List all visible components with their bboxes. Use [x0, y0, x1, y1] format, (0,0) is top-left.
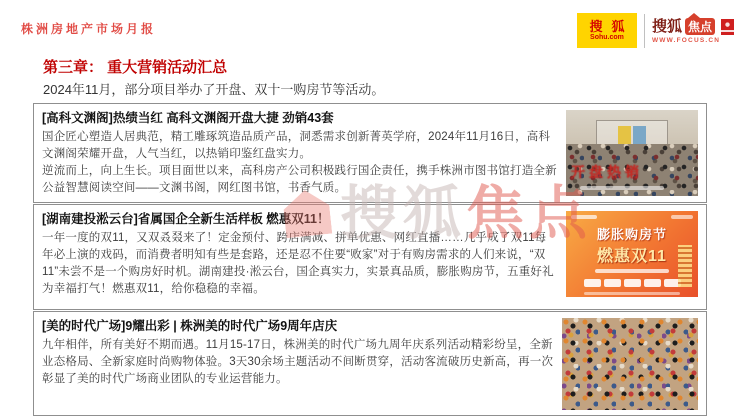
article-photo-opening-event: 开盘热销 [566, 110, 698, 196]
photo-subcaption [580, 186, 664, 190]
sohu-logo: 搜狐 Sohu.com [577, 13, 637, 48]
banner-logo-right [671, 215, 693, 219]
section-title: 第三章： 重大营销活动汇总 [43, 56, 227, 77]
article-hunan-jiantou-songyuntai: 膨胀购房节 燃惠双11 [湖南建投淞云台]省属国企全新生活样板 燃惠双11！ 一… [33, 204, 707, 310]
article-photo-crowd-aerial [562, 318, 698, 410]
logo-area: 搜狐 Sohu.com 搜狐 焦点 WWW.FOCUS.CN [577, 13, 734, 48]
banner-building-graphic [678, 245, 692, 287]
focus-logo-text-2: 焦点 [685, 18, 715, 35]
article-midea-times-square: [美的时代广场]9耀出彩 | 株洲美的时代广场9周年店庆 九年相伴，所有美好不期… [33, 311, 707, 416]
report-title: 株洲房地产市场月报 [21, 20, 156, 37]
section-subtitle: 2024年11月，部分项目举办了开盘、双十一购房节等活动。 [43, 79, 384, 98]
article-banner-double11: 膨胀购房节 燃惠双11 [566, 211, 698, 297]
banner-footnote-bar [584, 292, 680, 295]
photo-caption: 开盘热销 [571, 162, 643, 182]
sohu-focus-logo: 搜狐 焦点 WWW.FOCUS.CN [652, 17, 734, 44]
sohu-logo-domain: Sohu.com [590, 34, 624, 42]
article-list: 开盘热销 [高科文渊阁]热绩当红 高科文渊阁开盘大捷 劲销43套 国企匠心塑造人… [33, 103, 707, 416]
banner-subtitle-bar [595, 269, 669, 273]
sohu-logo-text: 搜狐 [580, 20, 633, 34]
focus-logo-text-1: 搜狐 [652, 18, 682, 35]
article-gaoke-wenyuange: 开盘热销 [高科文渊阁]热绩当红 高科文渊阁开盘大捷 劲销43套 国企匠心塑造人… [33, 103, 707, 203]
focus-logo-domain: WWW.FOCUS.CN [652, 37, 720, 44]
logo-divider [644, 14, 645, 48]
banner-title-line1: 膨胀购房节 [566, 224, 698, 243]
banner-logo-left [571, 215, 597, 219]
report-page: 株洲房地产市场月报 搜狐 Sohu.com 搜狐 焦点 WWW.FOCUS.CN… [0, 0, 740, 416]
focus-badge-icon [721, 19, 734, 35]
